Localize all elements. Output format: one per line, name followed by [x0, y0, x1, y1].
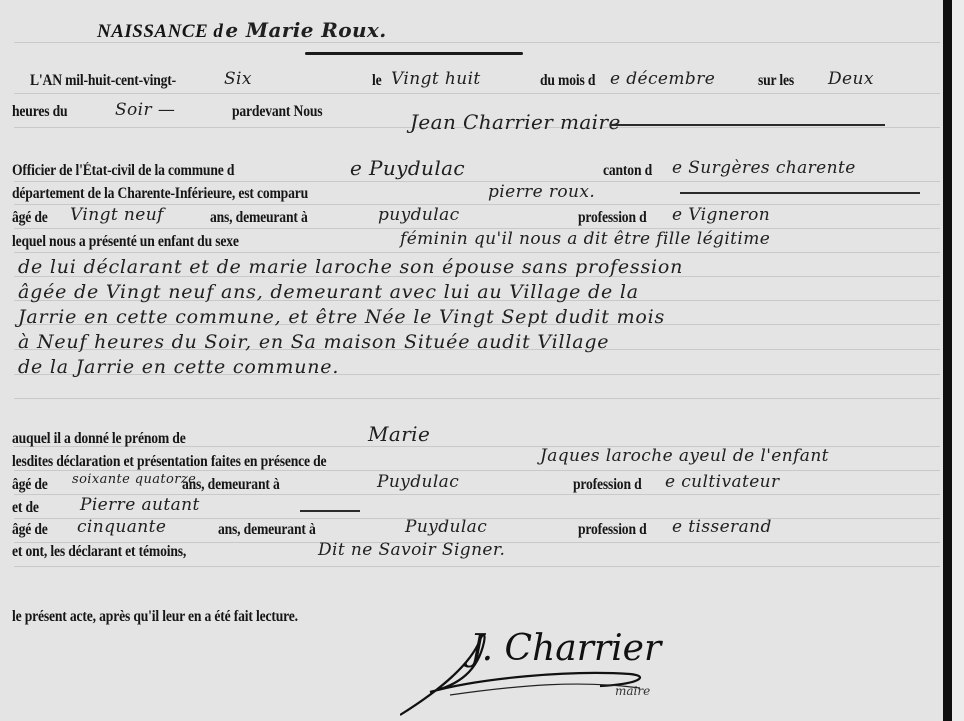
handwritten-sex: féminin qu'il nous a dit être fille légi… [400, 229, 770, 249]
handwritten-day: Vingt huit [391, 69, 481, 89]
printed-text: âgé de [12, 476, 48, 494]
printed-text: âgé de [12, 209, 48, 227]
handwritten-residence: puydulac [378, 205, 460, 225]
closing-text: le présent acte, après qu'il leur en a é… [12, 608, 298, 626]
handwritten-witness-2-age: cinquante [77, 517, 166, 537]
record-title: NAISSANCE de Marie Roux. [97, 18, 387, 43]
printed-text: le [372, 72, 382, 90]
mayor-signature: J. Charrier [470, 628, 661, 669]
printed-text: et ont, les déclarant et témoins, [12, 543, 186, 561]
ruled-line [14, 93, 940, 94]
birth-record-page: NAISSANCE de Marie Roux. L'AN mil-huit-c… [0, 0, 964, 721]
page-margin [952, 0, 964, 721]
signature-title: maire [615, 684, 650, 698]
printed-text: profession d [578, 209, 647, 227]
printed-text: ans, demeurant à [218, 521, 316, 539]
handwritten-year: Six [224, 69, 252, 89]
ruled-line [14, 398, 940, 399]
ruled-line [14, 252, 940, 253]
handwritten-witness-1-residence: Puydulac [377, 472, 459, 492]
title-handwritten: e Marie Roux. [225, 18, 386, 42]
handwritten-given-name: Marie [368, 422, 430, 446]
printed-text: profession d [578, 521, 647, 539]
handwritten-officer-name: Jean Charrier maire [410, 110, 621, 134]
handwritten-witness-1-profession: e cultivateur [665, 472, 780, 492]
handwritten-witness-1: Jaques laroche ayeul de l'enfant [540, 446, 829, 466]
handwritten-witness-2: Pierre autant [80, 495, 200, 515]
handwritten-witness-2-profession: e tisserand [672, 517, 772, 537]
handwritten-profession: e Vigneron [672, 205, 770, 225]
printed-text: pardevant Nous [232, 103, 322, 121]
printed-text: département de la Charente-Inférieure, e… [12, 185, 308, 203]
printed-text: lesdites déclaration et présentation fai… [12, 453, 326, 471]
printed-text: du mois d [540, 72, 595, 90]
printed-text: Officier de l'État-civil de la commune d [12, 162, 234, 180]
printed-text: ans, demeurant à [182, 476, 280, 494]
handwritten-declarant: pierre roux. [488, 182, 595, 202]
printed-text: et de [12, 499, 39, 517]
printed-text: âgé de [12, 521, 48, 539]
printed-text: L'AN mil-huit-cent-vingt- [30, 72, 176, 90]
handwritten-witness-2-residence: Puydulac [405, 517, 487, 537]
printed-text: sur les [758, 72, 794, 90]
printed-text: heures du [12, 103, 67, 121]
title-underline [305, 52, 523, 55]
handwritten-canton: e Surgères charente [672, 158, 856, 178]
printed-text: auquel il a donné le prénom de [12, 430, 186, 448]
fill-dash [680, 192, 920, 194]
handwritten-witness-1-age: soixante quatorze [72, 472, 196, 487]
fill-dash [300, 510, 360, 512]
handwritten-month: e décembre [610, 69, 715, 89]
handwritten-age: Vingt neuf [70, 205, 164, 225]
handwritten-body-line: à Neuf heures du Soir, en Sa maison Situ… [18, 331, 609, 353]
handwritten-hour: Deux [828, 69, 874, 89]
ruled-line [14, 181, 940, 182]
handwritten-body-line: de lui déclarant et de marie laroche son… [18, 256, 683, 278]
page-border-rule [943, 0, 952, 721]
handwritten-body-line: Jarrie en cette commune, et être Née le … [18, 306, 665, 328]
printed-text: lequel nous a présenté un enfant du sexe [12, 233, 239, 251]
fill-dash [610, 124, 885, 126]
title-printed: NAISSANCE d [97, 21, 223, 42]
handwritten-time-of-day: Soir — [115, 100, 175, 120]
printed-text: profession d [573, 476, 642, 494]
printed-text: canton d [603, 162, 652, 180]
ruled-line [14, 566, 940, 567]
handwritten-body-line: de la Jarrie en cette commune. [18, 356, 339, 378]
printed-text: ans, demeurant à [210, 209, 308, 227]
handwritten-body-line: âgée de Vingt neuf ans, demeurant avec l… [18, 281, 639, 303]
handwritten-commune: e Puydulac [350, 156, 465, 180]
handwritten-signing-statement: Dit ne Savoir Signer. [318, 540, 505, 560]
